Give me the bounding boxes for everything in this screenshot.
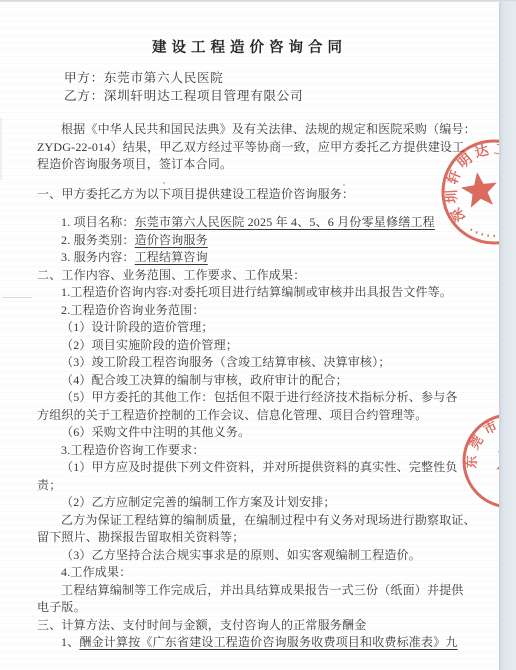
document-title: 建设工程造价咨询合同 xyxy=(0,36,499,57)
contract-line: （6）采购文件中注明的其他义务。 xyxy=(37,424,487,442)
scanned-contract-page: 建设工程造价咨询合同 甲方：东莞市第六人民医院乙方：深圳轩明达工程项目管理有限公… xyxy=(0,0,516,670)
text-segment: 1、 xyxy=(61,635,79,649)
text-segment: ZYDG-22-014）结果，甲乙双方经过平等协商一致，应甲方委托乙方提供建设工 xyxy=(37,140,464,154)
text-segment: （6）采购文件中注明的其他义务。 xyxy=(61,425,250,439)
contract-line: 电子版。 xyxy=(37,599,487,617)
text-segment: 二、工作内容、业务范围、工作要求、工作成果： xyxy=(37,268,305,282)
contract-line: 根据《中华人民共和国民法典》及有关法律、法规的规定和医院采购（编号： xyxy=(37,121,487,139)
text-segment: 一、甲方委托乙方为以下项目提供建设工程造价咨询服务： xyxy=(37,187,354,201)
party-name: 东莞市第六人民医院 xyxy=(104,71,224,85)
contract-line: （5）甲方委托的其他工作：包括但不限于进行经济技术指标分析、参与各 xyxy=(37,389,487,407)
contract-line: （1）设计阶段的造价管理； xyxy=(37,319,487,337)
party-label: 乙方： xyxy=(64,89,104,103)
text-segment: 电子版。 xyxy=(37,600,86,614)
party-line: 甲方：东莞市第六人民医院 xyxy=(64,69,303,87)
text-segment: （3）竣工阶段工程咨询服务（含竣工结算审核、决算审核）； xyxy=(61,355,391,369)
contract-line: 程造价咨询服务项目，签订本合同。 xyxy=(37,156,487,174)
text-segment: （1）甲方应及时提供下列文件资料，并对所提供资料的真实性、完整性负 xyxy=(61,460,458,474)
paper-sheet: 建设工程造价咨询合同 甲方：东莞市第六人民医院乙方：深圳轩明达工程项目管理有限公… xyxy=(0,0,499,670)
underlined-value: 工程结算咨询 xyxy=(135,250,208,264)
text-segment: 3.工程造价咨询工作要求： xyxy=(61,443,205,457)
contract-body: 根据《中华人民共和国民法典》及有关法律、法规的规定和医院采购（编号：ZYDG-2… xyxy=(37,121,487,652)
contract-line: 乙方为保证工程结算的编制质量，在编制过程中有义务对现场进行勘察取证、 xyxy=(37,512,487,530)
party-name: 深圳轩明达工程项目管理有限公司 xyxy=(104,89,304,103)
text-segment: （5）甲方委托的其他工作：包括但不限于进行经济技术指标分析、参与各 xyxy=(61,390,458,404)
scan-edge-line xyxy=(0,0,516,2)
contract-line: 三、计算方法、支付时间与金额，支付咨询人的正常服务酬金 xyxy=(37,617,487,635)
contract-line: （3）竣工阶段工程咨询服务（含竣工结算审核、决算审核）； xyxy=(37,354,487,372)
contract-line: 1、酬金计算按《广东省建设工程造价咨询服务收费项目和收费标准表》九 xyxy=(37,634,487,652)
contract-line: 二、工作内容、业务范围、工作要求、工作成果： xyxy=(37,267,487,285)
underlined-value: 造价咨询服务 xyxy=(135,233,208,247)
text-segment: 留下照片、勘探报告留取相关资料等； xyxy=(37,530,244,544)
contract-line: ZYDG-22-014）结果，甲乙双方经过平等协商一致，应甲方委托乙方提供建设工 xyxy=(37,139,487,157)
contract-line: 留下照片、勘探报告留取相关资料等； xyxy=(37,529,487,547)
contract-line: 1.工程造价咨询内容:对委托项目进行结算编制或审核并出具报告文件等。 xyxy=(37,284,487,302)
text-segment: 根据《中华人民共和国民法典》及有关法律、法规的规定和医院采购（编号： xyxy=(61,122,476,136)
scan-artifact xyxy=(0,118,2,180)
contract-line: 责； xyxy=(37,477,487,495)
contract-line: （2）项目实施阶段的造价管理； xyxy=(37,337,487,355)
text-segment: 2. 服务类别： xyxy=(61,233,135,247)
text-segment: （1）设计阶段的造价管理； xyxy=(61,320,214,334)
scan-background-band xyxy=(499,0,516,670)
contract-line: 工程结算编制等工作完成后，并出具结算成果报告一式三份（纸面）并提供 xyxy=(37,582,487,600)
scan-artifact xyxy=(2,297,32,298)
parties-block: 甲方：东莞市第六人民医院乙方：深圳轩明达工程项目管理有限公司 xyxy=(64,69,303,105)
contract-line: 4.工作成果： xyxy=(37,564,487,582)
star-icon xyxy=(491,440,499,478)
contract-line: （3）乙方坚持合法合规实事求是的原则、如实客观编制工程造价。 xyxy=(37,547,487,565)
contract-line: 2.工程造价咨询业务范围： xyxy=(37,302,487,320)
contract-line: 一、甲方委托乙方为以下项目提供建设工程造价咨询服务： xyxy=(37,186,487,204)
text-segment: 程造价咨询服务项目，签订本合同。 xyxy=(37,157,232,171)
contract-line: 1. 项目名称：东莞市第六人民医院 2025 年 4、5、6 月份零星修缮工程 xyxy=(37,214,487,232)
text-segment: 2.工程造价咨询业务范围： xyxy=(61,303,205,317)
text-segment: （4）配合竣工决算的编制与审核，政府审计的配合； xyxy=(61,373,348,387)
text-segment: （2）项目实施阶段的造价管理； xyxy=(61,338,238,352)
contract-line: 3. 服务内容：工程结算咨询 xyxy=(37,249,487,267)
contract-line: 3.工程造价咨询工作要求： xyxy=(37,442,487,460)
party-label: 甲方： xyxy=(64,71,104,85)
text-segment: （3）乙方坚持合法合规实事求是的原则、如实客观编制工程造价。 xyxy=(61,548,421,562)
text-segment: 三、计算方法、支付时间与金额，支付咨询人的正常服务酬金 xyxy=(37,618,366,632)
party-line: 乙方：深圳轩明达工程项目管理有限公司 xyxy=(64,87,303,105)
text-segment: 3. 服务内容： xyxy=(61,250,135,264)
underlined-value: 东莞市第六人民医院 2025 年 4、5、6 月份零星修缮工程 xyxy=(135,215,435,229)
underlined-value: 酬金计算按《广东省建设工程造价咨询服务收费项目和收费标准表》九 xyxy=(79,635,457,649)
scan-speck xyxy=(163,182,165,184)
text-segment: 方组织的关于工程造价控制的工作会议、信息化管理、项目合约管理等。 xyxy=(37,408,427,422)
contract-line: 方组织的关于工程造价控制的工作会议、信息化管理、项目合约管理等。 xyxy=(37,407,487,425)
contract-line: 2. 服务类别：造价咨询服务 xyxy=(37,232,487,250)
text-segment: 1.工程造价咨询内容:对委托项目进行结算编制或审核并出具报告文件等。 xyxy=(61,285,452,299)
text-segment: 4.工作成果： xyxy=(61,565,131,579)
contract-line: （1）甲方应及时提供下列文件资料，并对所提供资料的真实性、完整性负 xyxy=(37,459,487,477)
text-segment: 乙方为保证工程结算的编制质量，在编制过程中有义务对现场进行勘察取证、 xyxy=(61,513,476,527)
text-segment: 1. 项目名称： xyxy=(61,215,135,229)
text-segment: 责； xyxy=(37,478,61,492)
text-segment: （2）乙方应制定完善的编制工作方案及计划安排； xyxy=(61,495,336,509)
text-segment: 工程结算编制等工作完成后，并出具结算成果报告一式三份（纸面）并提供 xyxy=(61,583,464,597)
scan-speck xyxy=(343,184,345,186)
contract-line: （4）配合竣工决算的编制与审核，政府审计的配合； xyxy=(37,372,487,390)
contract-line: （2）乙方应制定完善的编制工作方案及计划安排； xyxy=(37,494,487,512)
